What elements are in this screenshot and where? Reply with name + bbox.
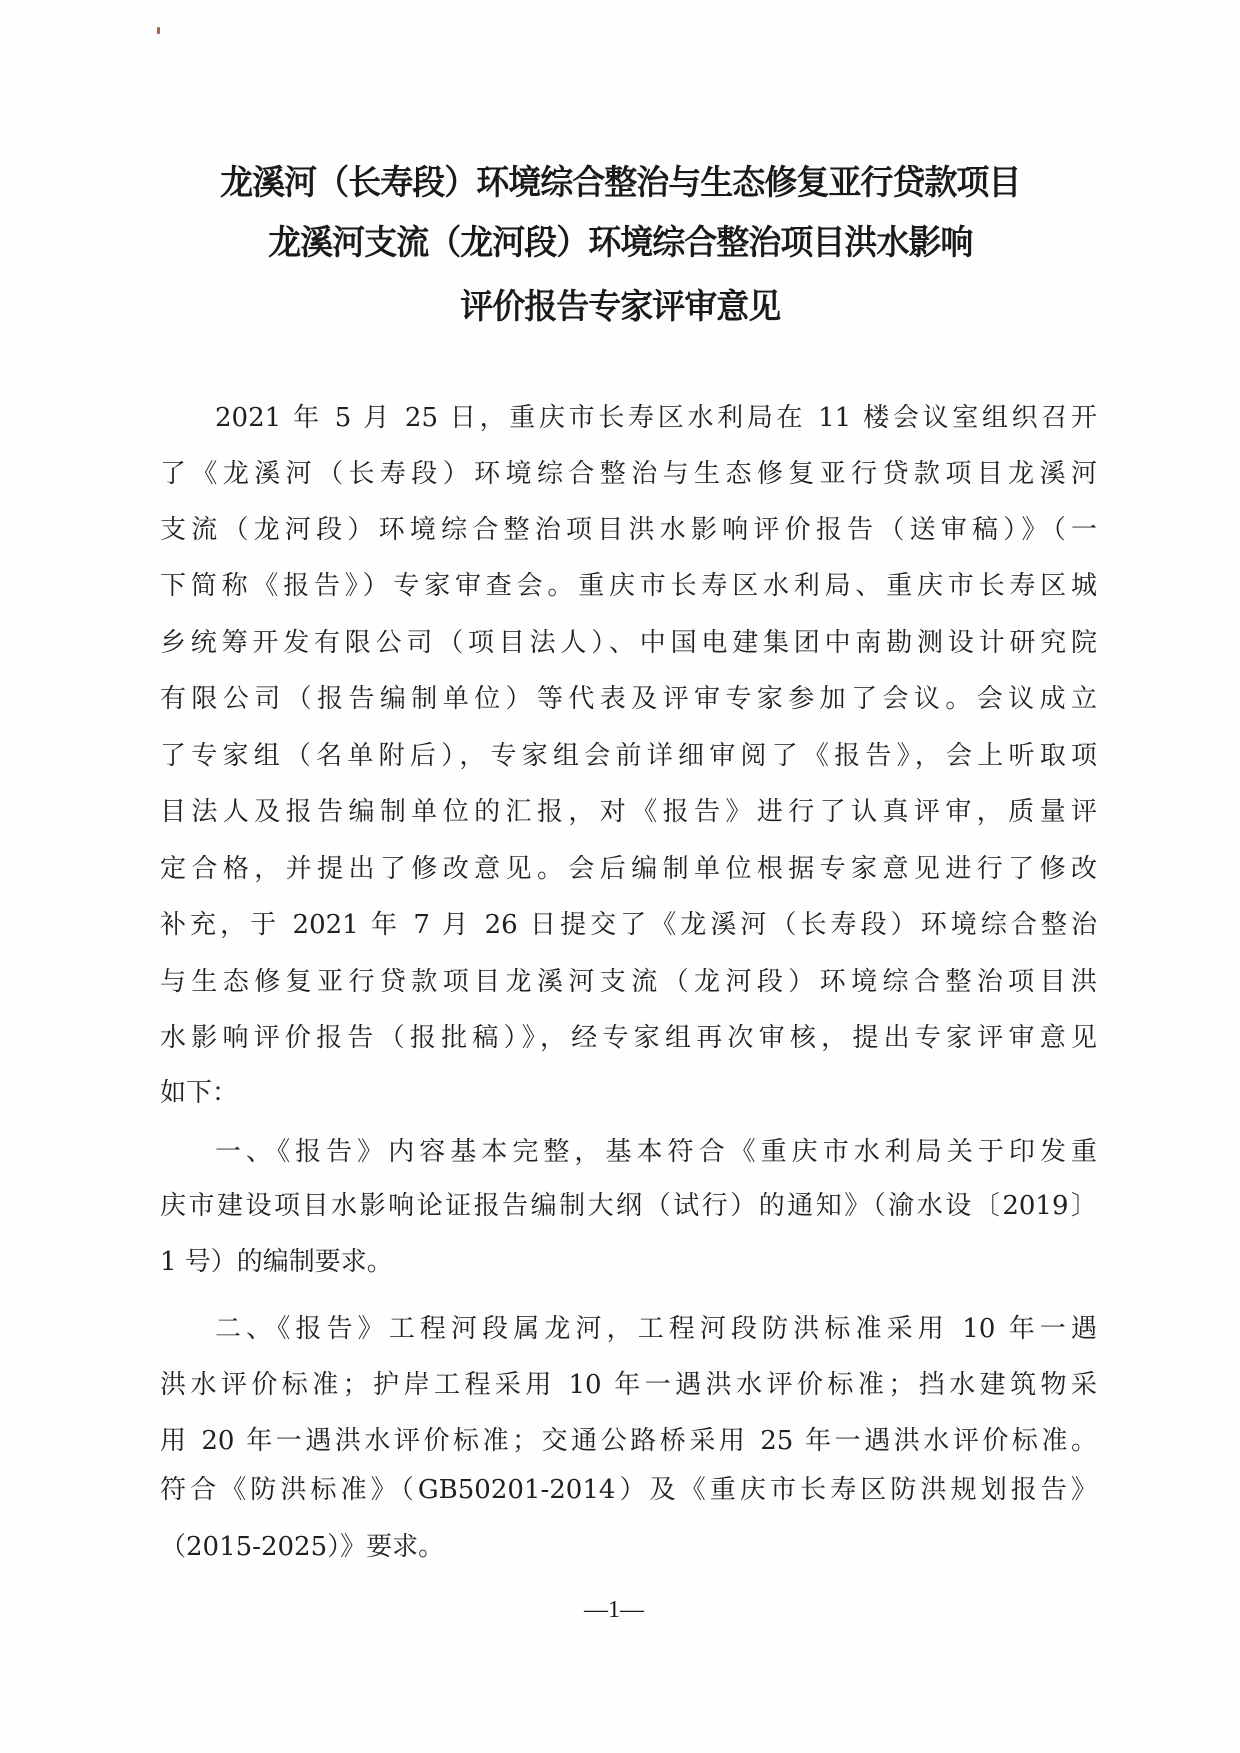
body-line: 二、《报告》工程河段属龙河，工程河段防洪标准采用 10 年一遇 [215, 1312, 1097, 1346]
body-line: 定合格，并提出了修改意见。会后编制单位根据专家意见进行了修改 [160, 852, 1097, 886]
body-line: 目法人及报告编制单位的汇报，对《报告》进行了认真评审，质量评 [160, 795, 1097, 829]
body-line: 了《龙溪河（长寿段）环境综合整治与生态修复亚行贷款项目龙溪河 [160, 457, 1097, 491]
body-line: 符合《防洪标准》（GB50201-2014）及《重庆市长寿区防洪规划报告》 [160, 1473, 1097, 1507]
body-line: 了专家组（名单附后），专家组会前详细审阅了《报告》，会上听取项 [160, 739, 1097, 773]
body-line: 一、《报告》内容基本完整，基本符合《重庆市水利局关于印发重 [215, 1135, 1097, 1169]
body-line: 与生态修复亚行贷款项目龙溪河支流（龙河段）环境综合整治项目洪 [160, 965, 1097, 999]
body-line: 有限公司（报告编制单位）等代表及评审专家参加了会议。会议成立 [160, 682, 1097, 716]
body-line: 1 号）的编制要求。 [160, 1245, 1097, 1279]
body-line: （2015-2025）》要求。 [160, 1530, 1097, 1564]
document-title-line-1: 龙溪河（长寿段）环境综合整治与生态修复亚行贷款项目 [19, 163, 1222, 203]
body-line: 下简称《报告》）专家审查会。重庆市长寿区水利局、重庆市长寿区城 [160, 569, 1097, 603]
body-line: 水影响评价报告（报批稿）》，经专家组再次审核，提出专家评审意见 [160, 1021, 1097, 1055]
scan-artifact-mark [157, 27, 160, 34]
body-line: 乡统筹开发有限公司（项目法人）、中国电建集团中南勘测设计研究院 [160, 626, 1097, 660]
page-number: —1— [0, 1596, 1228, 1624]
body-line: 2021 年 5 月 25 日，重庆市长寿区水利局在 11 楼会议室组织召开 [215, 401, 1097, 435]
document-title-line-3: 评价报告专家评审意见 [19, 287, 1222, 327]
body-line: 支流（龙河段）环境综合整治项目洪水影响评价报告（送审稿）》（一 [160, 513, 1097, 547]
body-line: 用 20 年一遇洪水评价标准；交通公路桥采用 25 年一遇洪水评价标准。 [160, 1424, 1097, 1458]
body-line: 补充，于 2021 年 7 月 26 日提交了《龙溪河（长寿段）环境综合整治 [160, 908, 1097, 942]
document-title-line-2: 龙溪河支流（龙河段）环境综合整治项目洪水影响 [19, 223, 1222, 263]
body-line: 洪水评价标准；护岸工程采用 10 年一遇洪水评价标准；挡水建筑物采 [160, 1368, 1097, 1402]
body-line: 庆市建设项目水影响论证报告编制大纲（试行）的通知》（渝水设〔2019〕 [160, 1189, 1097, 1223]
body-line: 如下： [160, 1076, 1097, 1110]
document-page: 龙溪河（长寿段）环境综合整治与生态修复亚行贷款项目 龙溪河支流（龙河段）环境综合… [0, 0, 1240, 1753]
